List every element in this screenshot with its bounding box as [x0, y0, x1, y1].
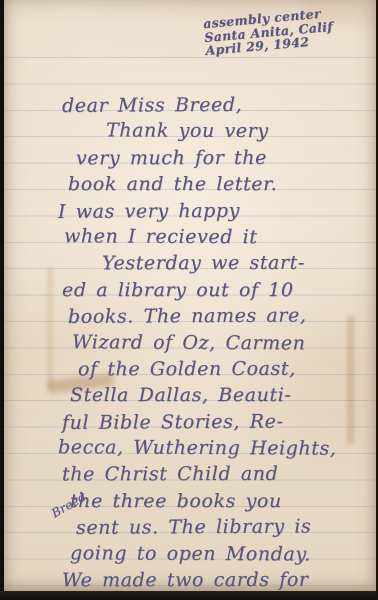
letter-line: ed a library out of 10	[62, 277, 366, 303]
letter-line: of the Golden Coast,	[78, 356, 366, 383]
scan-edge-left	[0, 0, 4, 600]
letter-line: the Christ Child and	[62, 461, 366, 488]
letter-line: sent us. The library is	[76, 513, 366, 541]
letter-line: Thank you very	[106, 118, 366, 146]
letter-line: going to open Monday.	[70, 540, 366, 568]
letter-line: Stella Dallas, Beauti-	[70, 382, 366, 408]
letter-heading: assembly center Santa Anita, Calif April…	[203, 3, 368, 57]
letter-line: Wizard of Oz, Carmen	[72, 329, 366, 357]
letter-line: books. The names are,	[68, 302, 366, 330]
letter-line: I was very happy	[58, 197, 366, 225]
letter-line: when I recieved it	[64, 223, 366, 251]
scanned-letter: assembly center Santa Anita, Calif April…	[0, 0, 378, 600]
letter-line: Yesterday we start-	[102, 250, 366, 277]
letter-line: book and the letter.	[68, 171, 366, 197]
scan-edge-bottom	[0, 591, 378, 600]
letter-line: very much for the	[76, 144, 366, 171]
letter-line: ful Bible Stories, Re-	[62, 408, 366, 436]
letter-line: becca, Wuthering Heights,	[58, 434, 366, 462]
letter-paper: assembly center Santa Anita, Calif April…	[4, 0, 376, 591]
letter-line: We made two cards for	[62, 567, 366, 594]
letter-line-salutation: dear Miss Breed,	[62, 91, 366, 119]
letter-line: the three books you	[70, 488, 366, 514]
